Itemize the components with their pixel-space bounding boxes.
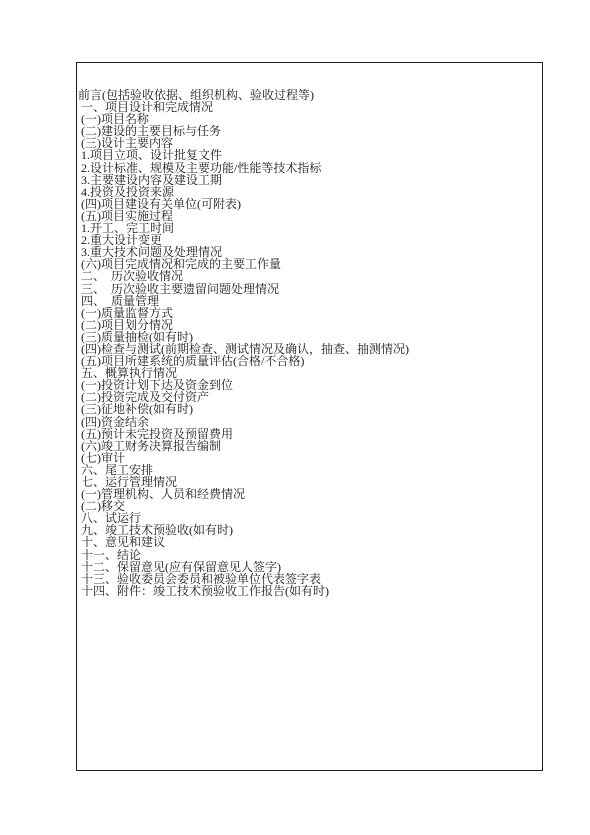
outline-line: (一)质量监督方式 bbox=[78, 307, 536, 319]
document-page: 前言(包括验收依据、组织机构、验收过程等) 一、项目设计和完成情况 (一)项目名… bbox=[0, 0, 590, 835]
outline-line: 十四、附件：竣工技术预验收工作报告(如有时) bbox=[78, 585, 536, 597]
outline-line: 十一、结论 bbox=[78, 549, 536, 561]
outline-line: (二)移交 bbox=[78, 500, 536, 512]
outline-line: 四、 质量管理 bbox=[78, 295, 536, 307]
document-border-box: 前言(包括验收依据、组织机构、验收过程等) 一、项目设计和完成情况 (一)项目名… bbox=[76, 62, 543, 771]
outline-line: 2.设计标准、规模及主要功能/性能等技术指标 bbox=[78, 162, 536, 174]
outline-lines: 前言(包括验收依据、组织机构、验收过程等) 一、项目设计和完成情况 (一)项目名… bbox=[77, 63, 542, 597]
outline-line: (四)资金结余 bbox=[78, 416, 536, 428]
outline-line: 十二、保留意见(应有保留意见人签字) bbox=[78, 561, 536, 573]
outline-line: 3.主要建设内容及建设工期 bbox=[78, 174, 536, 186]
outline-line: (三)征地补偿(如有时) bbox=[78, 403, 536, 415]
outline-line: (一)管理机构、人员和经费情况 bbox=[78, 488, 536, 500]
outline-line: (五)预计未完投资及预留费用 bbox=[78, 428, 536, 440]
outline-line: 1.项目立项、设计批复文件 bbox=[78, 149, 536, 161]
outline-line: 二、 历次验收情况 bbox=[78, 270, 536, 282]
outline-line: 三、 历次验收主要遗留问题处理情况 bbox=[78, 283, 536, 295]
outline-line: (六)竣工财务决算报告编制 bbox=[78, 440, 536, 452]
outline-line: 十、意见和建议 bbox=[78, 536, 536, 548]
